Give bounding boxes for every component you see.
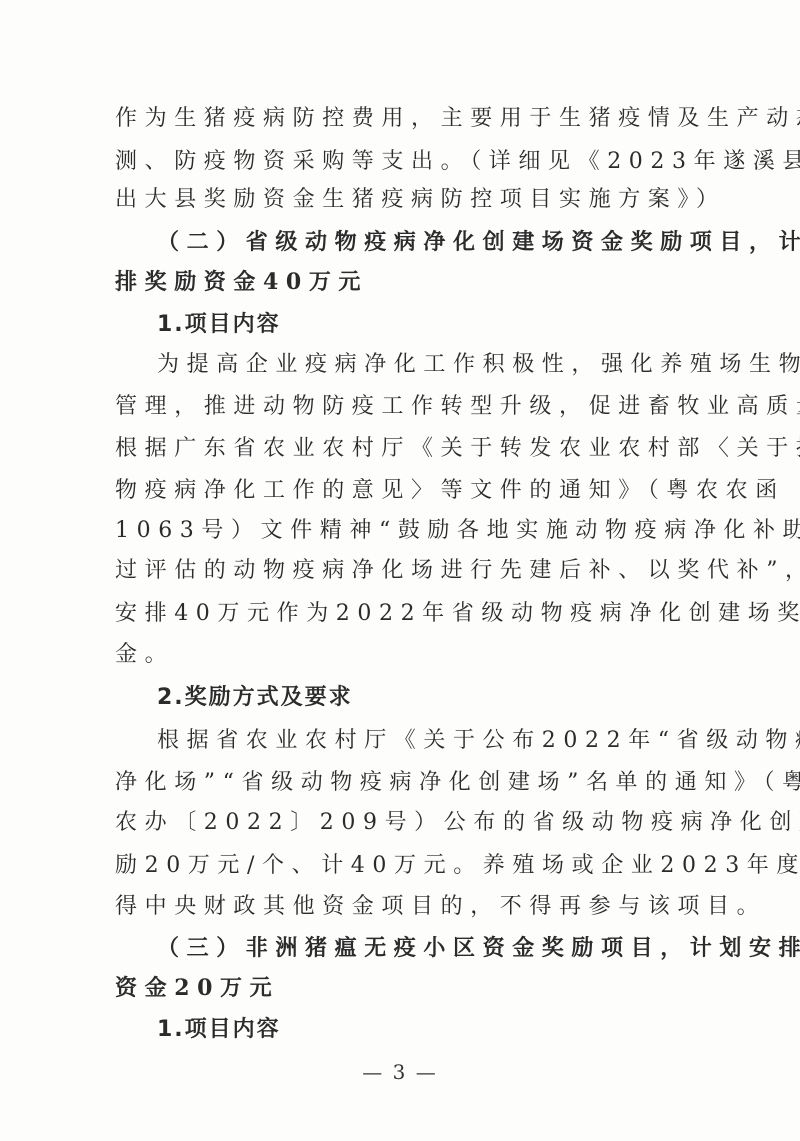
body-line: 为提高企业疫病净化工作积极性，强化养殖场生物安全 [157,350,689,380]
body-line: 1063号）文件精神“鼓励各地实施动物疫病净化补助，对通 [115,516,689,546]
body-line: 作为生猪疫病防控费用，主要用于生猪疫情及生产动态监 [115,104,689,134]
body-line: 根据省农业农村厅《关于公布2022年“省级动物疫病 [157,726,689,756]
subheading-project-content-2: 1.项目内容 [157,1015,689,1045]
body-line: 得中央财政其他资金项目的，不得再参与该项目。 [115,892,689,922]
body-line: 农办〔2022〕209号）公布的省级动物疫病净化创建场，奖 [115,808,689,838]
body-line: 励20万元/个、计40万元。养殖场或企业2023年度已经获 [115,851,689,881]
body-line: 根据广东省农业农村厅《关于转发农业农村部〈关于推进动 [115,434,689,464]
body-line: 过评估的动物疫病净化场进行先建后补、以奖代补”，计划 [115,556,689,586]
section-heading-3-cont: 资金20万元 [115,973,689,1003]
section-heading-2-cont: 排奖励资金40万元 [115,267,689,297]
body-line: 管理，推进动物防疫工作转型升级，促进畜牧业高质量发展， [115,392,689,422]
body-line: 净化场”“省级动物疫病净化创建场”名单的通知》（粤农 [115,768,689,798]
body-line: 物疫病净化工作的意见〉等文件的通知》（粤农农函〔2021〕 [115,476,689,506]
section-heading-2: （二）省级动物疫病净化创建场资金奖励项目，计划安 [157,227,689,257]
subheading-project-content: 1.项目内容 [157,310,689,340]
body-line: 出大县奖励资金生猪疫病防控项目实施方案》） [115,185,689,215]
body-line: 金。 [115,640,689,670]
document-page: 作为生猪疫病防控费用，主要用于生猪疫情及生产动态监 测、防疫物资采购等支出。（详… [0,0,800,1141]
body-line: 测、防疫物资采购等支出。（详细见《2023年遂溪县生猪调 [115,147,689,177]
subheading-reward-method: 2.奖励方式及要求 [157,683,689,713]
body-line: 安排40万元作为2022年省级动物疫病净化创建场奖励资 [115,599,689,629]
section-heading-3: （三）非洲猪瘟无疫小区资金奖励项目，计划安排奖励 [157,933,689,963]
page-number: — 3 — [0,1060,800,1084]
